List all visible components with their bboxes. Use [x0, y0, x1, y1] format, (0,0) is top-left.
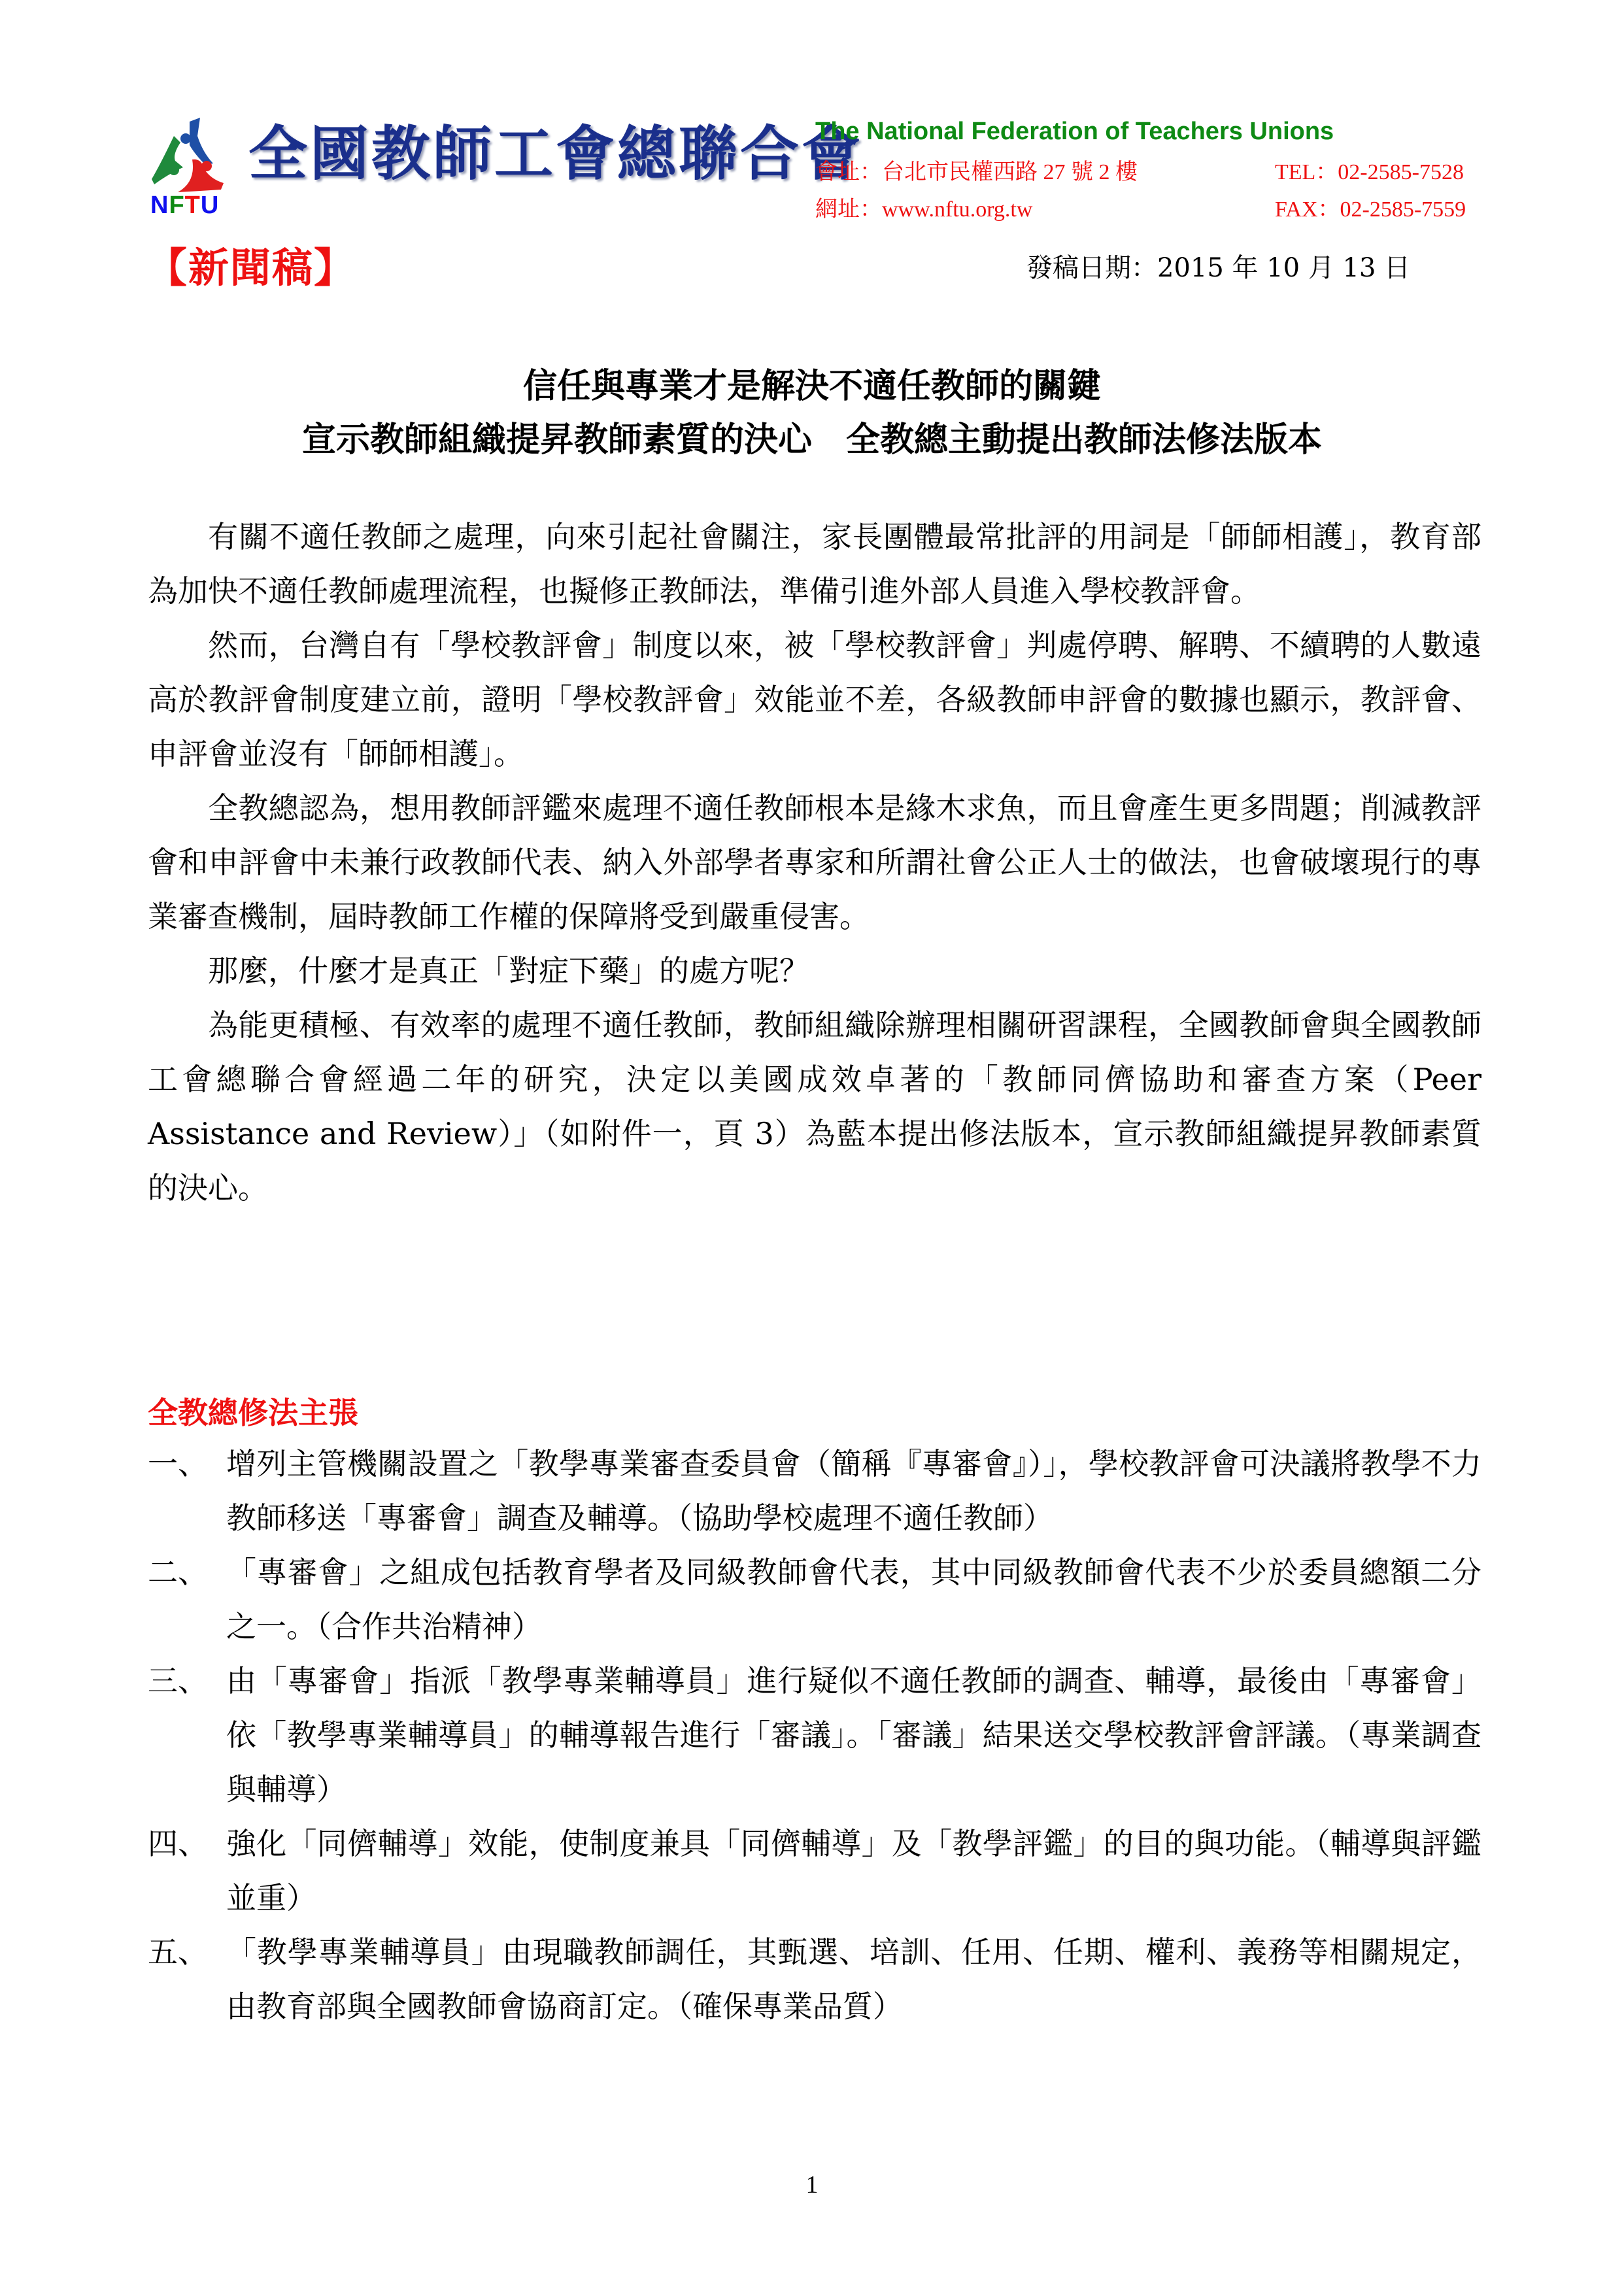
list-item: 五、 「教學專業輔導員」由現職教師調任，其甄選、培訓、任用、任期、權利、義務等相… — [148, 1925, 1481, 2034]
list-item: 二、 「專審會」之組成包括教育學者及同級教師會代表，其中同級教師會代表不少於委員… — [148, 1545, 1481, 1654]
fax: FAX：02-2585-7559 — [1275, 191, 1466, 223]
item-text: 由「專審會」指派「教學專業輔導員」進行疑似不適任教師的調查、輔導，最後由「專審會… — [226, 1654, 1481, 1817]
sub-title: 宣示教師組織提昇教師素質的決心 全教總主動提出教師法修法版本 — [0, 412, 1624, 461]
section-heading: 全教總修法主張 — [148, 1389, 358, 1432]
item-number: 三、 — [148, 1654, 226, 1817]
item-text: 強化「同儕輔導」效能，使制度兼具「同儕輔導」及「教學評鑑」的目的與功能。（輔導與… — [226, 1817, 1481, 1925]
nftu-letter-f: F — [169, 192, 184, 219]
item-text: 「教學專業輔導員」由現職教師調任，其甄選、培訓、任用、任期、權利、義務等相關規定… — [226, 1925, 1481, 2034]
paragraph: 全教總認為，想用教師評鑑來處理不適任教師根本是緣木求魚，而且會產生更多問題；削減… — [148, 781, 1481, 944]
nftu-letter-n: N — [150, 192, 169, 219]
article-body: 有關不適任教師之處理，向來引起社會關注，家長團體最常批評的用詞是「師師相護」，教… — [148, 510, 1481, 1215]
item-number: 一、 — [148, 1437, 226, 1545]
paragraph: 為能更積極、有效率的處理不適任教師，教師組織除辦理相關研習課程，全國教師會與全國… — [148, 998, 1481, 1215]
item-text: 「專審會」之組成包括教育學者及同級教師會代表，其中同級教師會代表不少於委員總額二… — [226, 1545, 1481, 1654]
main-title: 信任與專業才是解決不適任教師的關鍵 — [0, 358, 1624, 407]
nftu-letter-u: U — [201, 192, 219, 219]
press-release-label: 【新聞稿】 — [146, 235, 356, 294]
item-text: 增列主管機關設置之「教學專業審查委員會（簡稱『專審會』）」，學校教評會可決議將教… — [226, 1437, 1481, 1545]
telephone: TEL：02-2585-7528 — [1275, 154, 1464, 186]
item-number: 五、 — [148, 1925, 226, 2034]
paragraph: 那麼，什麼才是真正「對症下藥」的處方呢？ — [148, 944, 1481, 998]
address: 會址：台北市民權西路 27 號 2 樓 — [815, 154, 1138, 186]
page-number: 1 — [0, 2170, 1624, 2199]
nftu-logo-icon — [143, 116, 241, 195]
website[interactable]: 網址：www.nftu.org.tw — [815, 191, 1032, 223]
nftu-letter-t: T — [185, 192, 201, 219]
release-date: 發稿日期：2015 年 10 月 13 日 — [1026, 247, 1410, 284]
org-name-english: The National Federation of Teachers Unio… — [815, 118, 1334, 146]
proposal-list: 一、 增列主管機關設置之「教學專業審查委員會（簡稱『專審會』）」，學校教評會可決… — [148, 1437, 1481, 2034]
list-item: 三、 由「專審會」指派「教學專業輔導員」進行疑似不適任教師的調查、輔導，最後由「… — [148, 1654, 1481, 1817]
item-number: 二、 — [148, 1545, 226, 1654]
org-name-chinese: 全國教師工會總聯合會 — [248, 118, 863, 190]
paragraph: 有關不適任教師之處理，向來引起社會關注，家長團體最常批評的用詞是「師師相護」，教… — [148, 510, 1481, 618]
nftu-wordmark: NFTU — [143, 192, 241, 218]
item-number: 四、 — [148, 1817, 226, 1925]
list-item: 四、 強化「同儕輔導」效能，使制度兼具「同儕輔導」及「教學評鑑」的目的與功能。（… — [148, 1817, 1481, 1925]
nftu-logo: NFTU — [143, 116, 241, 221]
paragraph: 然而，台灣自有「學校教評會」制度以來，被「學校教評會」判處停聘、解聘、不續聘的人… — [148, 618, 1481, 781]
list-item: 一、 增列主管機關設置之「教學專業審查委員會（簡稱『專審會』）」，學校教評會可決… — [148, 1437, 1481, 1545]
